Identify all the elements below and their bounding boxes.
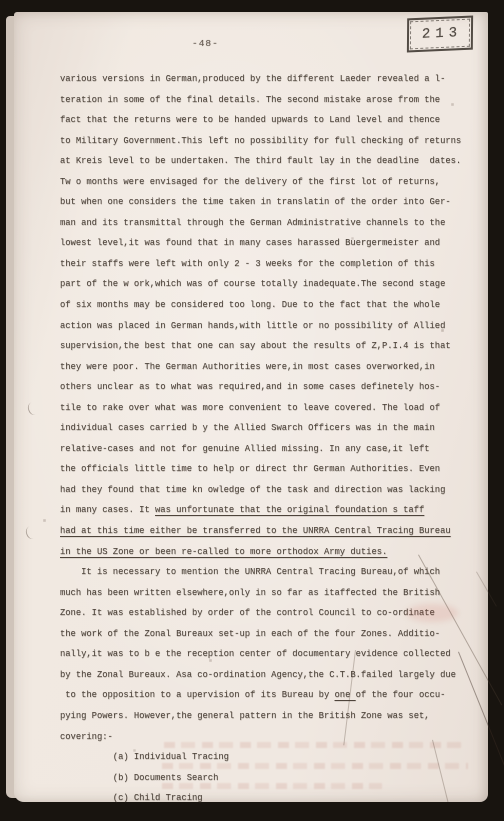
paper-speckles <box>14 12 15 13</box>
text-line: It is necessary to mention the UNRRA Cen… <box>60 562 474 583</box>
text-line: by the Zonal Bureaux. Asa co-ordination … <box>60 665 474 686</box>
bleed-through-text <box>162 783 382 789</box>
pencil-mark <box>24 525 38 541</box>
document-page: -48- 213 various versions in German,prod… <box>14 12 488 802</box>
text-line: the work of the Zonal Bureaux set-up in … <box>60 624 474 645</box>
text-line: much has been written elsewhere,only in … <box>60 583 474 604</box>
text-line: relative-cases and not for genuine Allie… <box>60 439 474 460</box>
page-number: -48- <box>192 38 219 49</box>
text-line: supervision,the best that one can say ab… <box>60 336 474 357</box>
stamp-number: 213 <box>418 25 462 43</box>
text-line: tile to rake over what was more convenie… <box>60 398 474 419</box>
archive-stamp: 213 <box>407 16 473 53</box>
text-line: to the opposition to a upervision of its… <box>60 685 474 706</box>
text-line: had at this time either be transferred t… <box>60 521 474 542</box>
text-line: of six months may be considered too long… <box>60 295 474 316</box>
text-line: various versions in German,produced by t… <box>60 69 474 90</box>
text-line: action was placed in German hands,with l… <box>60 316 474 337</box>
bleed-through-text <box>162 763 468 769</box>
text-line: pying Powers. However,the general patter… <box>60 706 474 727</box>
text-line: man and its transmittal through the Germ… <box>60 213 474 234</box>
bleed-through-text <box>164 742 464 748</box>
text-line: at Kreis level to be undertaken. The thi… <box>60 151 474 172</box>
text-line: others unclear as to what was required,a… <box>60 377 474 398</box>
document-text: various versions in German,produced by t… <box>60 69 474 809</box>
text-line: they were poor. The German Authorities w… <box>60 357 474 378</box>
text-line: had they found that time kn owledge of t… <box>60 480 474 501</box>
text-line: teration in some of the final details. T… <box>60 90 474 111</box>
text-line: in many cases. It was unfortunate that t… <box>60 500 474 521</box>
text-line: in the US Zone or been re-called to more… <box>60 542 474 563</box>
text-line: fact that the returns were to be handed … <box>60 110 474 131</box>
text-line: Tw o months were envisaged for the deliv… <box>60 172 474 193</box>
crease-mark <box>476 572 497 607</box>
scan-background: -48- 213 various versions in German,prod… <box>0 0 504 821</box>
text-line: lowest level,it was found that in many c… <box>60 233 474 254</box>
pencil-mark <box>26 401 40 417</box>
text-line: nally,it was to b e the reception center… <box>60 644 474 665</box>
text-line: but when one considers the time taken in… <box>60 192 474 213</box>
text-line: the officials little time to help or dir… <box>60 459 474 480</box>
text-line: individual cases carried b y the Allied … <box>60 418 474 439</box>
text-line: to Military Government.This left no poss… <box>60 131 474 152</box>
text-line: (c) Child Tracing <box>60 788 474 809</box>
text-line: their staffs were left with only 2 - 3 w… <box>60 254 474 275</box>
text-line: part of the w ork,which was of course to… <box>60 274 474 295</box>
